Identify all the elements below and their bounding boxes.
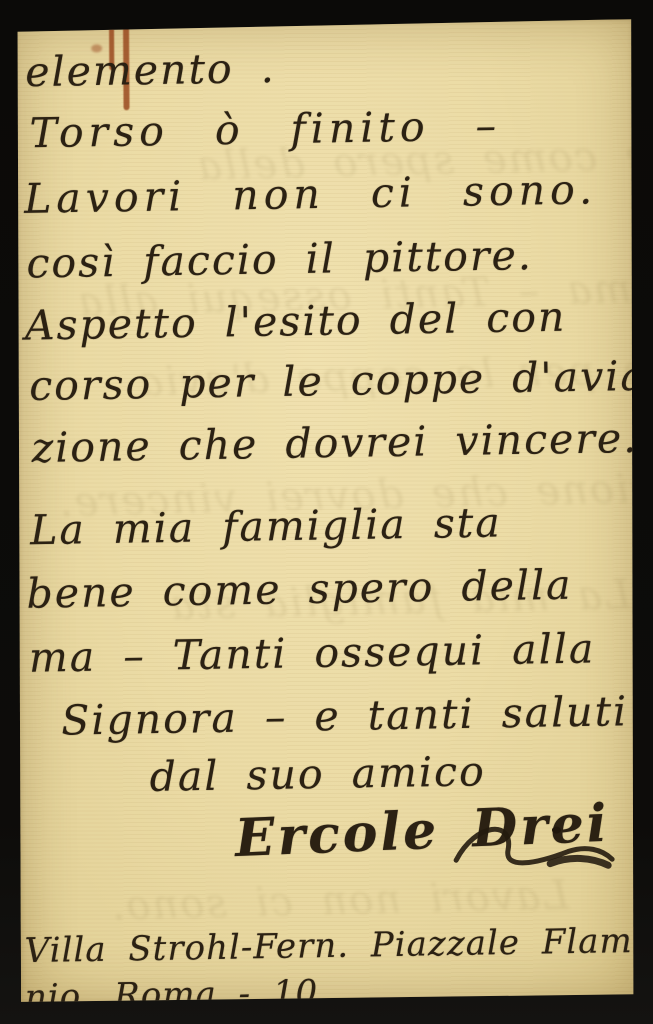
letter-line: elemento . [25, 48, 276, 93]
letter-line: Signora – e tanti saluti [61, 691, 629, 741]
letter-line: Torso ò finito – [29, 105, 501, 154]
bleed-through-text: Lavori non ci sono. [110, 876, 569, 927]
letter-line: bene come spero della [26, 565, 573, 615]
letter-paper: bene come spero della ma – Tanti ossequi… [15, 19, 639, 1004]
address-line: nio. Roma - 10 . [25, 975, 352, 1014]
letter-line: così faccio il pittore. [26, 235, 533, 284]
letter-line: zione che dovrei vincere. [31, 418, 638, 469]
letter-line: corso per le coppe d'avia [29, 356, 647, 407]
letter-line: La mia famiglia sta [30, 502, 502, 551]
address-line: Villa Strohl-Fern. Piazzale Flami [24, 924, 644, 968]
ink-speck [552, 827, 561, 834]
letter-line: Lavori non ci sono. [24, 169, 598, 219]
letter-closing-line: dal suo amico [149, 751, 486, 798]
letter-line: Aspetto l'esito del con [25, 297, 567, 347]
letter-line: ma – Tanti ossequi alla [29, 628, 596, 678]
letter-photo: bene come spero della ma – Tanti ossequi… [0, 0, 653, 1024]
